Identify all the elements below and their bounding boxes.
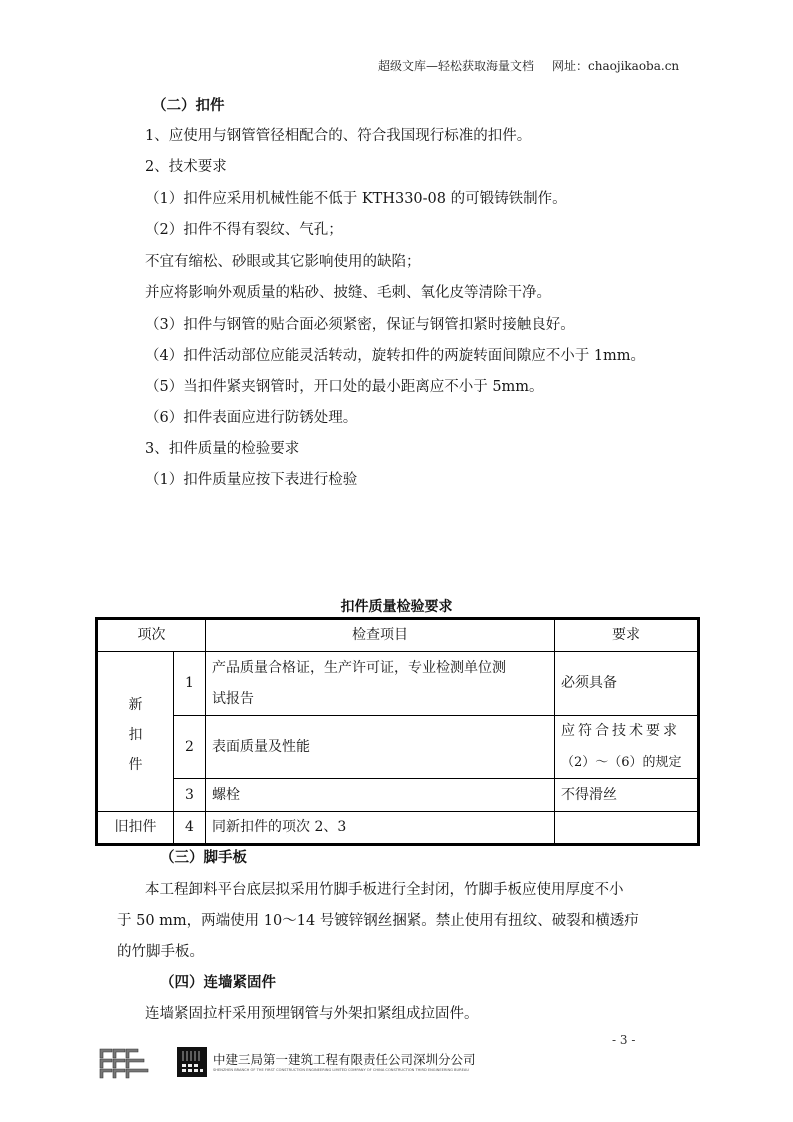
row-number: 4 [174, 812, 206, 845]
paragraph-line: 于 50 mm，两端使用 10～14 号镀锌钢丝捆紧。禁止使用有扭纹、破裂和横透… [117, 911, 639, 931]
paragraph-line: 的竹脚手板。 [117, 942, 204, 962]
paragraph-line: 连墙紧固拉杆采用预埋钢管与外架扣紧组成拉固件。 [145, 1004, 479, 1024]
paragraph-line: 3、扣件质量的检验要求 [145, 439, 299, 459]
category-old-fastener: 旧扣件 [97, 812, 174, 845]
inspection-table: 项次 检查项目 要求 新 扣 件 1 产品质量合格证，生产许可证，专业检测单位测… [95, 617, 700, 846]
section-title-scaffold-board: （三）脚手板 [160, 848, 247, 868]
table-title: 扣件质量检验要求 [0, 596, 793, 616]
paragraph-line: （2）扣件不得有裂纹、气孔； [145, 220, 343, 240]
row-number: 1 [174, 652, 206, 716]
header-cell-requirement: 要求 [555, 619, 699, 652]
row-requirement [555, 812, 699, 845]
section-title-fasteners: （二）扣件 [152, 96, 225, 116]
section-title-wall-ties: （四）连墙紧固件 [160, 973, 276, 993]
paragraph-line: 2、技术要求 [145, 157, 227, 177]
header-cell-no: 项次 [97, 619, 206, 652]
row-item: 螺栓 [206, 779, 555, 812]
paragraph-line: 不宜有缩松、砂眼或其它影响使用的缺陷； [145, 252, 421, 272]
category-new-fastener: 新 扣 件 [97, 652, 174, 812]
row-item: 产品质量合格证，生产许可证，专业检测单位测 试报告 [206, 652, 555, 716]
row-requirement: 必须具备 [555, 652, 699, 716]
table-row: 3 螺栓 不得滑丝 [97, 779, 699, 812]
footer-company-name: 中建三局第一建筑工程有限责任公司深圳分公司 [213, 1050, 476, 1068]
table-row: 旧扣件 4 同新扣件的项次 2、3 [97, 812, 699, 845]
row-number: 3 [174, 779, 206, 812]
row-requirement: 应符合技术要求 （2）～（6）的规定 [555, 716, 699, 779]
paragraph-line: （5）当扣件紧夹钢管时，开口处的最小距离应不小于 5mm。 [145, 377, 544, 397]
paragraph-line: （1）扣件质量应按下表进行检验 [145, 470, 357, 490]
row-number: 2 [174, 716, 206, 779]
paragraph-line: （4）扣件活动部位应能灵活转动，旋转扣件的两旋转面间隙应不小于 1mm。 [145, 346, 645, 366]
page-number: - 3 - [612, 1033, 635, 1047]
paragraph-line: （6）扣件表面应进行防锈处理。 [145, 408, 357, 428]
table-row: 2 表面质量及性能 应符合技术要求 （2）～（6）的规定 [97, 716, 699, 779]
header-cell-item: 检查项目 [206, 619, 555, 652]
company-logo-left-icon [98, 1045, 150, 1081]
row-item: 同新扣件的项次 2、3 [206, 812, 555, 845]
footer-company-name-en: SHENZHEN BRANCH OF THE FIRST CONSTRUCTIO… [213, 1068, 469, 1072]
table-row: 新 扣 件 1 产品质量合格证，生产许可证，专业检测单位测 试报告 必须具备 [97, 652, 699, 716]
paragraph-line: （1）扣件应采用机械性能不低于 KTH330-08 的可锻铸铁制作。 [145, 189, 567, 209]
company-logo-icon [177, 1047, 207, 1077]
paragraph-line: 并应将影响外观质量的粘砂、披缝、毛刺、氧化皮等清除干净。 [145, 283, 551, 303]
header-note: 超级文库—轻松获取海量文档网址：chaojikaoba.cn [378, 57, 679, 74]
site-url[interactable]: 网址：chaojikaoba.cn [552, 59, 679, 73]
paragraph-line: 本工程卸料平台底层拟采用竹脚手板进行全封闭，竹脚手板应使用厚度不小 [145, 880, 624, 900]
table-header-row: 项次 检查项目 要求 [97, 619, 699, 652]
row-requirement: 不得滑丝 [555, 779, 699, 812]
row-item: 表面质量及性能 [206, 716, 555, 779]
site-slogan: 超级文库—轻松获取海量文档 [378, 59, 534, 73]
paragraph-line: 1、应使用与钢管管径相配合的、符合我国现行标准的扣件。 [145, 126, 531, 146]
paragraph-line: （3）扣件与钢管的贴合面必须紧密，保证与钢管扣紧时接触良好。 [145, 315, 575, 335]
